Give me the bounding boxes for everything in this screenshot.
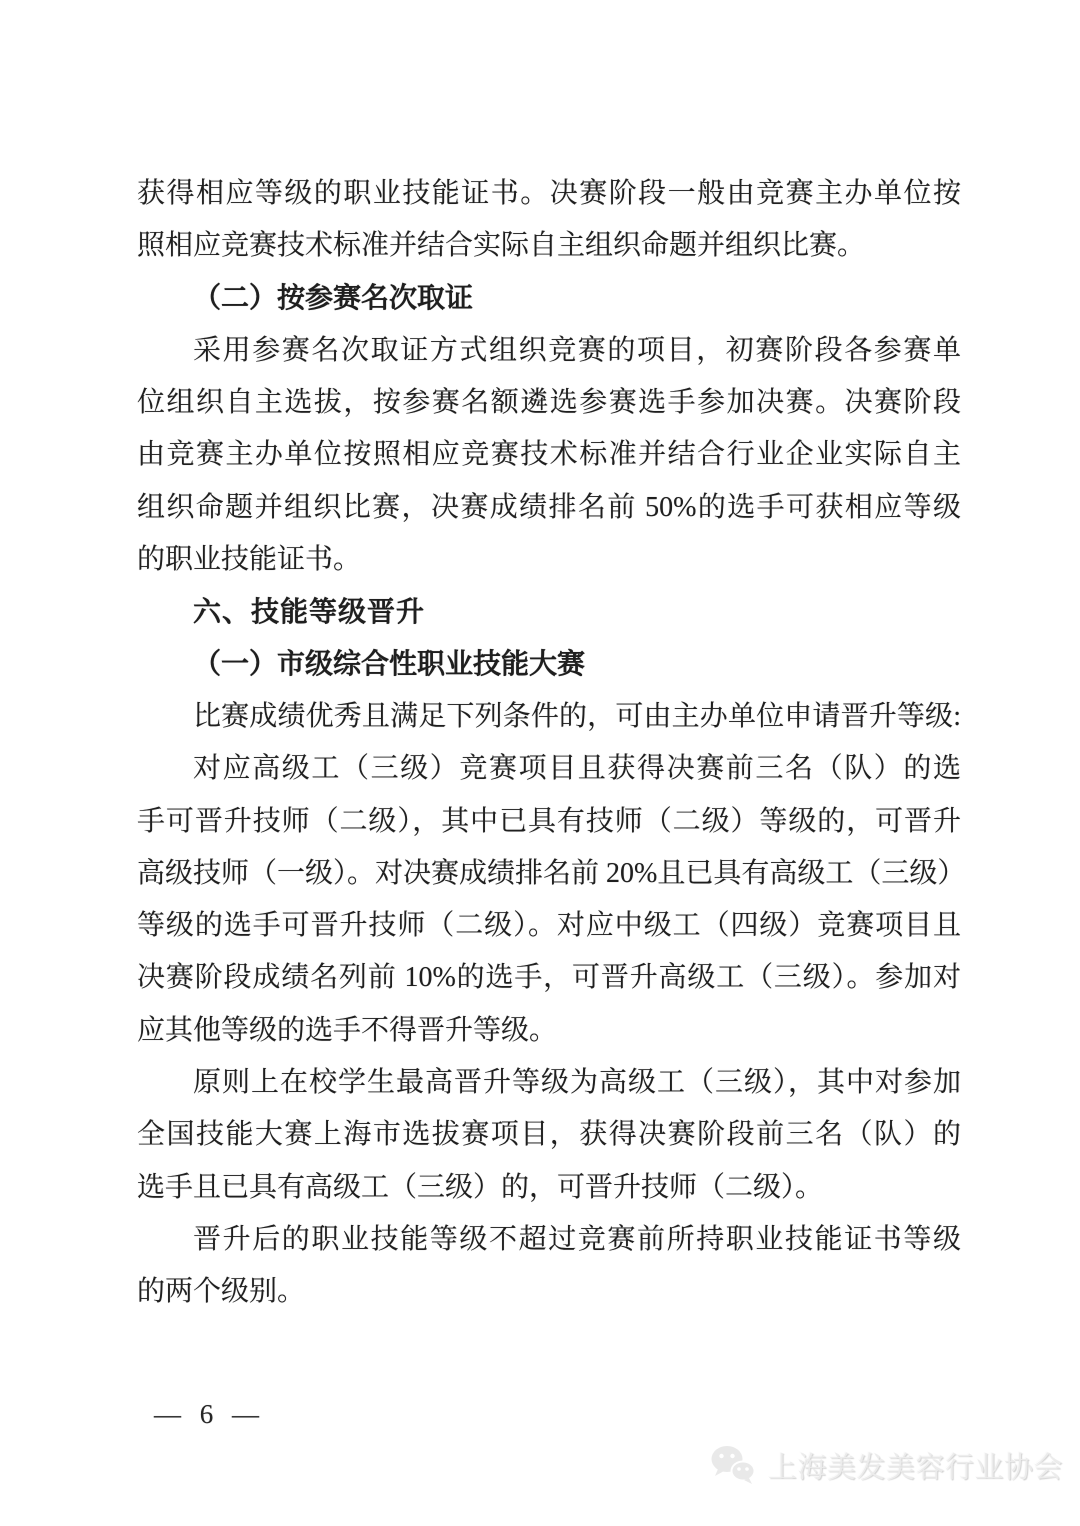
heading-line: （二）按参赛名次取证 bbox=[137, 273, 961, 325]
text-line: 选手且已具有高级工（三级）的，可晋升技师（二级）。 bbox=[137, 1162, 961, 1214]
text-line: 获得相应等级的职业技能证书。决赛阶段一般由竞赛主办单位按 bbox=[137, 168, 961, 220]
text-line: 对应高级工（三级）竞赛项目且获得决赛前三名（队）的选 bbox=[137, 743, 961, 795]
heading-line: 六、技能等级晋升 bbox=[137, 586, 961, 638]
text-line: 高级技师（一级）。对决赛成绩排名前 20%且已具有高级工（三级） bbox=[137, 848, 961, 900]
document-body: 获得相应等级的职业技能证书。决赛阶段一般由竞赛主办单位按照相应竞赛技术标准并结合… bbox=[137, 168, 961, 1319]
text-line: 的两个级别。 bbox=[137, 1266, 961, 1318]
heading-line: （一）市级综合性职业技能大赛 bbox=[137, 639, 961, 691]
watermark-label: 上海美发美容行业协会 bbox=[768, 1445, 1063, 1486]
text-line: 采用参赛名次取证方式组织竞赛的项目，初赛阶段各参赛单 bbox=[137, 325, 961, 377]
text-line: 决赛阶段成绩名列前 10%的选手，可晋升高级工（三级）。参加对 bbox=[137, 952, 961, 1004]
text-line: 位组织自主选拔，按参赛名额遴选参赛选手参加决赛。决赛阶段 bbox=[137, 377, 961, 429]
watermark: 上海美发美容行业协会 bbox=[710, 1444, 1063, 1486]
wechat-icon bbox=[710, 1444, 756, 1486]
text-line: 原则上在校学生最高晋升等级为高级工（三级），其中对参加 bbox=[137, 1057, 961, 1109]
text-line: 等级的选手可晋升技师（二级）。对应中级工（四级）竞赛项目且 bbox=[137, 900, 961, 952]
text-line: 比赛成绩优秀且满足下列条件的，可由主办单位申请晋升等级: bbox=[137, 691, 961, 743]
document-page: 获得相应等级的职业技能证书。决赛阶段一般由竞赛主办单位按照相应竞赛技术标准并结合… bbox=[0, 0, 1080, 1526]
text-line: 的职业技能证书。 bbox=[137, 534, 961, 586]
page-number: — 6 — bbox=[154, 1394, 265, 1434]
text-line: 应其他等级的选手不得晋升等级。 bbox=[137, 1005, 961, 1057]
text-line: 晋升后的职业技能等级不超过竞赛前所持职业技能证书等级 bbox=[137, 1214, 961, 1266]
text-line: 照相应竞赛技术标准并结合实际自主组织命题并组织比赛。 bbox=[137, 220, 961, 272]
text-line: 全国技能大赛上海市选拔赛项目，获得决赛阶段前三名（队）的 bbox=[137, 1109, 961, 1161]
text-line: 手可晋升技师（二级），其中已具有技师（二级）等级的，可晋升 bbox=[137, 796, 961, 848]
text-line: 由竞赛主办单位按照相应竞赛技术标准并结合行业企业实际自主 bbox=[137, 429, 961, 481]
text-line: 组织命题并组织比赛，决赛成绩排名前 50%的选手可获相应等级 bbox=[137, 482, 961, 534]
